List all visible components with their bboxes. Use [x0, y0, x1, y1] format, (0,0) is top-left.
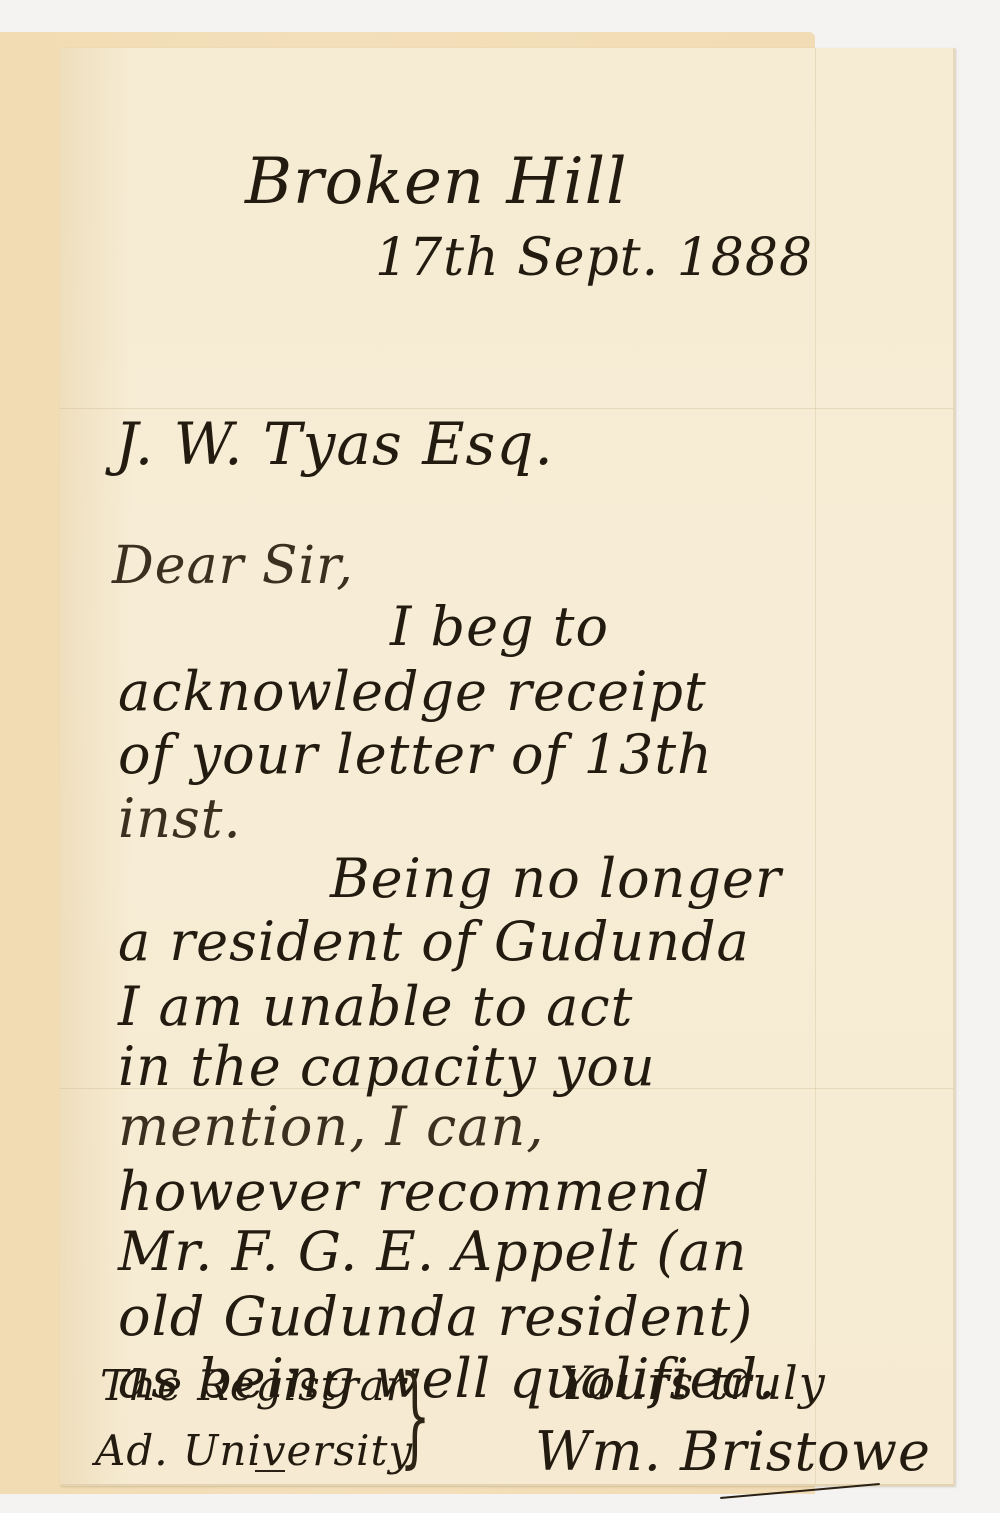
- fold-line-vertical: [815, 48, 816, 1484]
- body-line: however recommend: [118, 1165, 710, 1219]
- body-line: a resident of Gudunda: [118, 915, 750, 969]
- body-line: I beg to: [390, 600, 609, 654]
- brace-mark: }: [399, 1360, 431, 1470]
- body-line: in the capacity you: [118, 1040, 656, 1094]
- body-line: Being no longer: [330, 852, 782, 906]
- body-line: Mr. F. G. E. Appelt (an: [118, 1225, 747, 1279]
- letter-salutation: Dear Sir,: [112, 540, 354, 592]
- letter-closing: Yours truly: [560, 1360, 826, 1406]
- body-line: old Gudunda resident): [118, 1290, 753, 1344]
- body-line: inst.: [118, 792, 242, 846]
- body-line: of your letter of 13th: [118, 728, 713, 782]
- body-line: mention, I can,: [118, 1100, 544, 1154]
- fold-line: [60, 408, 953, 409]
- body-line: acknowledge receipt: [118, 665, 707, 719]
- recipient-line-2: Ad. University: [95, 1430, 413, 1472]
- dash-mark: [255, 1470, 285, 1472]
- recipient-line-1: The Registrar: [100, 1365, 407, 1407]
- body-line: I am unable to act: [118, 980, 633, 1034]
- letter-date: 17th Sept. 1888: [375, 232, 813, 284]
- letter-signature: Wm. Bristowe: [535, 1425, 931, 1479]
- letter-addressee: J. W. Tyas Esq.: [115, 415, 554, 473]
- letter-place: Broken Hill: [245, 150, 628, 214]
